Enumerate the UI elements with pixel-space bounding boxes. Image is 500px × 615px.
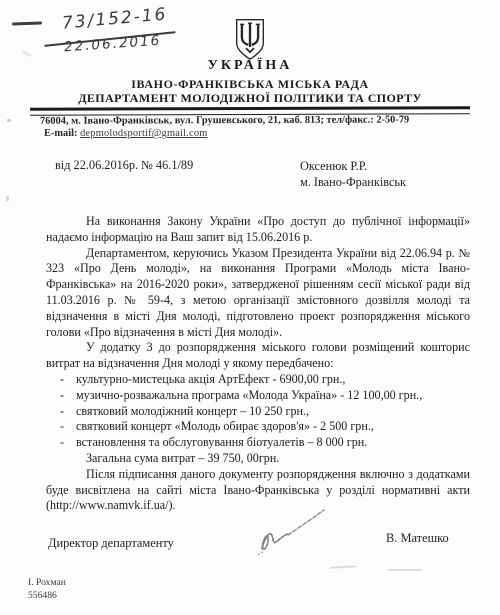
list-item: - святковий молодіжний концерт – 10 250 …: [46, 404, 470, 420]
pen-dash-mark: [12, 21, 42, 25]
email-address: depmolodsportif@gmail.com: [80, 128, 207, 139]
handwritten-signature: [248, 505, 348, 562]
list-item-text: святковий молодіжний концерт – 10 250 гр…: [76, 404, 309, 418]
list-item-text: святковий концерт «Молодь обирає здоров'…: [76, 419, 374, 433]
letter-body: На виконання Закону України «Про доступ …: [46, 214, 470, 514]
addressee-city: м. Івано-Франківськ: [300, 174, 406, 190]
scan-artifact: [330, 565, 356, 568]
addressee-block: Оксенюк Р.Р. м. Івано-Франківськ: [300, 158, 406, 190]
org-address: 76004, м. Івано-Франківськ, вул. Грушевс…: [40, 114, 470, 127]
signer-title: Директор департаменту: [48, 536, 174, 551]
list-item-text: встановлення та обслуговування біотуалет…: [76, 435, 367, 449]
total-amount-line: Загальна сума витрат – 39 750, 00грн.: [46, 451, 470, 467]
email-label: E-mail:: [44, 128, 77, 139]
dash-bullet: -: [60, 372, 64, 388]
paragraph-1: На виконання Закону України «Про доступ …: [46, 214, 470, 246]
executor-phone: 556486: [28, 590, 66, 603]
scanned-letter: 73/152-16 22.06.2016 УКРАЇНА ІВАНО-ФРАНК…: [0, 0, 500, 615]
signer-name: В. Матешко: [386, 531, 449, 546]
paragraph-3: У додатку 3 до розпорядження міського го…: [46, 340, 470, 372]
dash-bullet: -: [60, 388, 64, 404]
handwritten-ref-number: 73/152-16: [61, 4, 168, 33]
list-item-text: музично-розважальна програма «Молода Укр…: [76, 388, 422, 402]
dash-bullet: -: [60, 419, 64, 435]
paragraph-2: Департаментом, керуючись Указом Президен…: [46, 246, 470, 341]
executor-block: І. Рохман 556486: [28, 577, 66, 602]
list-item: - встановлення та обслуговування біотуал…: [46, 435, 470, 451]
list-item: - святковий концерт «Молодь обирає здоро…: [46, 419, 470, 435]
handwritten-ref-date: 22.06.2016: [64, 33, 162, 56]
org-email-line: E-mail: depmolodsportif@gmail.com: [44, 128, 208, 139]
scan-artifact: [7, 119, 11, 122]
dash-bullet: -: [60, 404, 64, 420]
scan-artifact: [6, 196, 9, 201]
addressee-name: Оксенюк Р.Р.: [300, 158, 406, 174]
list-item-text: культурно-мистецька акція АртЕфект - 690…: [76, 372, 345, 386]
dash-bullet: -: [60, 435, 64, 451]
country-name: УКРАЇНА: [0, 58, 500, 74]
executor-name: І. Рохман: [28, 577, 66, 590]
outgoing-ref-line: від 22.06.2016р. № 46.1/89: [55, 158, 193, 173]
scan-artifact: [388, 569, 422, 571]
list-item: - музично-розважальна програма «Молода У…: [46, 388, 470, 404]
org-name-line2: ДЕПАРТАМЕНТ МОЛОДІЖНОЇ ПОЛІТИКИ ТА СПОРТ…: [0, 91, 500, 106]
list-item: - культурно-мистецька акція АртЕфект - 6…: [46, 372, 470, 388]
org-name-line1: ІВАНО-ФРАНКІВСЬКА МІСЬКА РАДА: [0, 77, 500, 92]
scan-artifact: [22, 51, 32, 57]
